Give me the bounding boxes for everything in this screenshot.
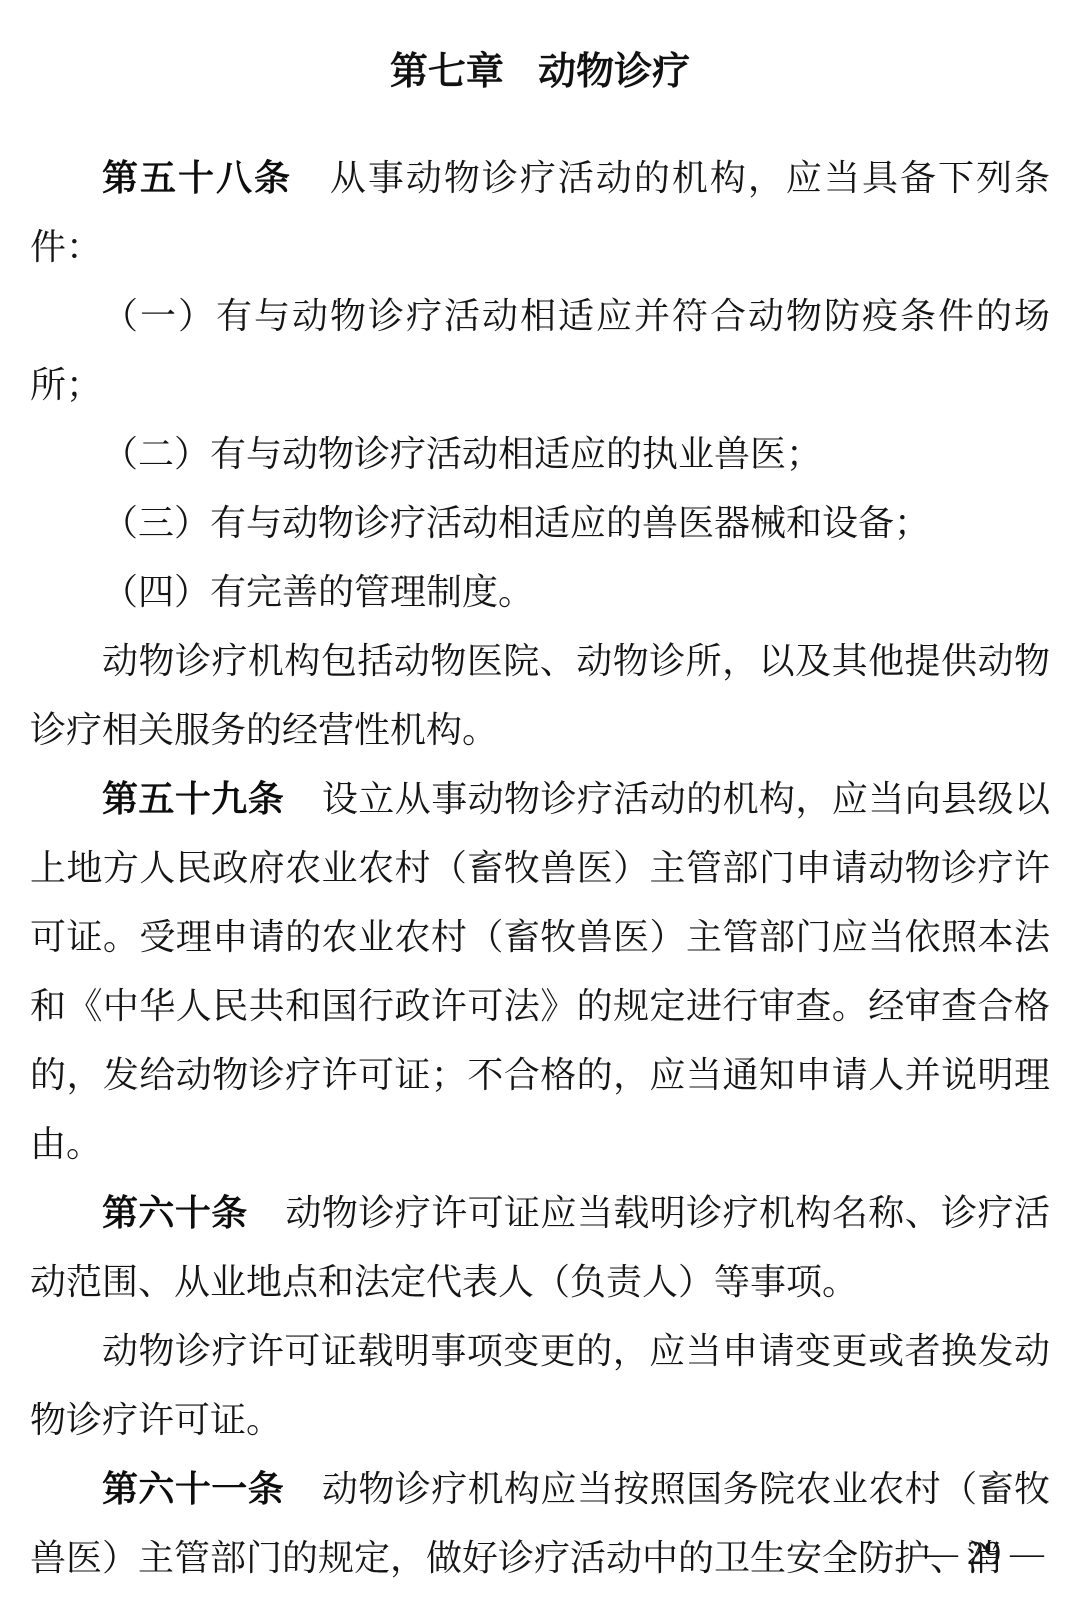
page-number-value: 29 xyxy=(967,1535,1001,1572)
page-number: —29— xyxy=(924,1534,1044,1574)
paragraph: （三）有与动物诊疗活动相适应的兽医器械和设备； xyxy=(30,489,1050,558)
paragraph: 动物诊疗许可证载明事项变更的，应当申请变更或者换发动物诊疗许可证。 xyxy=(30,1317,1050,1455)
article-number: 第六十条 xyxy=(102,1193,248,1233)
chapter-title: 动物诊疗 xyxy=(538,51,690,93)
paragraph: （四）有完善的管理制度。 xyxy=(30,558,1050,627)
page-number-dash-right: — xyxy=(1010,1535,1044,1572)
paragraph: 动物诊疗机构包括动物医院、动物诊所，以及其他提供动物诊疗相关服务的经营性机构。 xyxy=(30,627,1050,765)
article-paragraph: 第六十条动物诊疗许可证应当载明诊疗机构名称、诊疗活动范围、从业地点和法定代表人（… xyxy=(30,1179,1050,1317)
article-paragraph: 第五十八条从事动物诊疗活动的机构，应当具备下列条件： xyxy=(30,144,1050,282)
article-body: 第五十八条从事动物诊疗活动的机构，应当具备下列条件：（一）有与动物诊疗活动相适应… xyxy=(30,144,1050,1593)
article-paragraph: 第六十一条动物诊疗机构应当按照国务院农业农村（畜牧兽医）主管部门的规定，做好诊疗… xyxy=(30,1455,1050,1593)
chapter-heading: 第七章动物诊疗 xyxy=(0,49,1080,95)
article-number: 第五十八条 xyxy=(102,158,292,198)
article-number: 第六十一条 xyxy=(102,1469,284,1509)
paragraph: （一）有与动物诊疗活动相适应并符合动物防疫条件的场所； xyxy=(30,282,1050,420)
chapter-label: 第七章 xyxy=(390,51,504,93)
document-page: 第七章动物诊疗 第五十八条从事动物诊疗活动的机构，应当具备下列条件：（一）有与动… xyxy=(0,0,1080,1597)
paragraph: （二）有与动物诊疗活动相适应的执业兽医； xyxy=(30,420,1050,489)
page-number-dash-left: — xyxy=(924,1535,958,1572)
article-number: 第五十九条 xyxy=(102,779,284,819)
article-paragraph: 第五十九条设立从事动物诊疗活动的机构，应当向县级以上地方人民政府农业农村（畜牧兽… xyxy=(30,765,1050,1179)
